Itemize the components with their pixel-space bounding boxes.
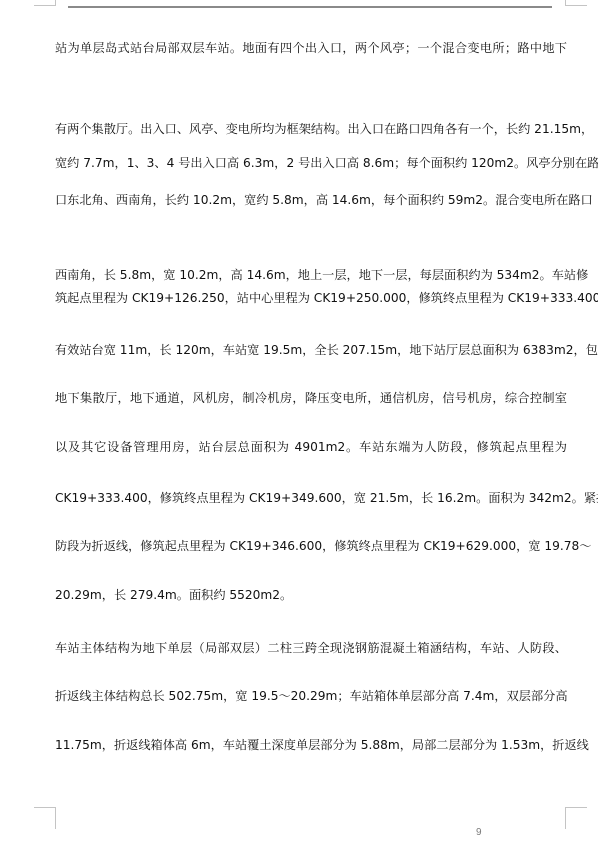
crop-mark-bottom-right — [565, 807, 587, 829]
page-number: 9 — [476, 827, 482, 838]
text-line: 防段为折返线，修筑起点里程为 CK19+346.600，修筑终点里程为 CK19… — [55, 538, 567, 554]
text-line: 以及其它设备管理用房，站台层总面积为 4901m2。车站东端为人防段，修筑起点里… — [55, 439, 567, 455]
text-line: 西南角，长 5.8m，宽 10.2m，高 14.6m，地上一层，地下一层，每层面… — [55, 267, 567, 283]
header-rule — [68, 6, 552, 8]
text-line: 有效站台宽 11m，长 120m，车站宽 19.5m，全长 207.15m，地下… — [55, 342, 567, 358]
crop-mark-bottom-left — [34, 807, 56, 829]
document-page: 站为单层岛式站台局部双层车站。地面有四个出入口，两个风亭；一个混合变电所；路中地… — [0, 0, 598, 862]
text-line: 20.29m，长 279.4m。面积约 5520m2。 — [55, 587, 567, 603]
text-line: 有两个集散厅。出入口、风亭、变电所均为框架结构。出入口在路口四角各有一个，长约 … — [55, 121, 567, 137]
text-line: 宽约 7.7m，1、3、4 号出入口高 6.3m，2 号出入口高 8.6m；每个… — [55, 155, 567, 171]
text-line: CK19+333.400，修筑终点里程为 CK19+349.600，宽 21.5… — [55, 490, 567, 506]
text-line: 11.75m，折返线箱体高 6m，车站覆土深度单层部分为 5.88m，局部二层部… — [55, 737, 567, 753]
crop-mark-top-left — [34, 0, 56, 6]
crop-mark-top-right — [565, 0, 587, 6]
text-line: 站为单层岛式站台局部双层车站。地面有四个出入口，两个风亭；一个混合变电所；路中地… — [55, 40, 567, 56]
text-line: 地下集散厅，地下通道，风机房，制冷机房，降压变电所，通信机房，信号机房，综合控制… — [55, 390, 567, 406]
text-line: 筑起点里程为 CK19+126.250，站中心里程为 CK19+250.000，… — [55, 290, 567, 306]
text-line: 车站主体结构为地下单层（局部双层）二柱三跨全现浇钢筋混凝土箱涵结构，车站、人防段… — [55, 640, 567, 656]
text-line: 折返线主体结构总长 502.75m，宽 19.5～20.29m；车站箱体单层部分… — [55, 688, 567, 704]
text-line: 口东北角、西南角，长约 10.2m，宽约 5.8m，高 14.6m，每个面积约 … — [55, 192, 567, 208]
